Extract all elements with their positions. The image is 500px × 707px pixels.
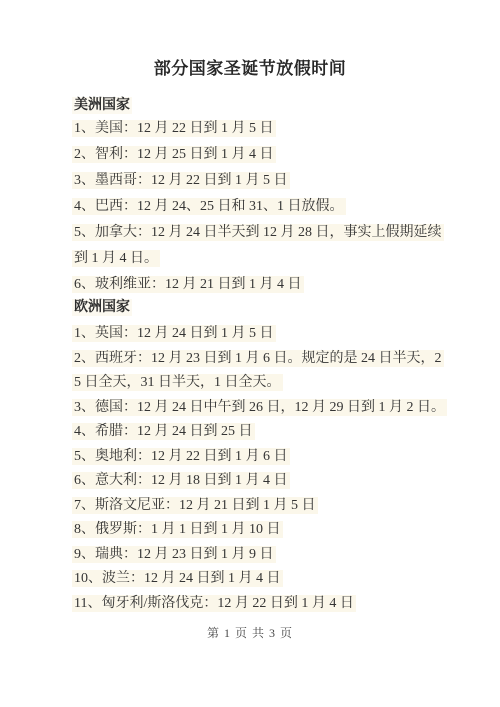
item-mexico: 3、墨西哥：12 月 22 日到 1 月 5 日 — [72, 168, 448, 194]
section-heading-europe: 欧洲国家 — [72, 298, 448, 318]
item-italy: 6、意大利：12 月 18 日到 1 月 4 日 — [72, 469, 448, 494]
section-heading-europe-text: 欧洲国家 — [72, 299, 132, 316]
document-title: 部分国家圣诞节放假时间 — [0, 57, 500, 81]
item-slovenia-text: 7、斯洛文尼亚：12 月 21 日到 1 月 5 日 — [72, 497, 318, 514]
item-sweden: 9、瑞典：12 月 23 日到 1 月 9 日 — [72, 543, 448, 568]
item-italy-text: 6、意大利：12 月 18 日到 1 月 4 日 — [72, 472, 290, 489]
section-europe: 欧洲国家 1、英国：12 月 24 日到 1 月 5 日 2、西班牙：12 月 … — [72, 298, 448, 616]
item-brazil-text: 4、巴西：12 月 24、25 日和 31、1 日放假。 — [72, 198, 346, 215]
item-spain: 2、西班牙：12 月 23 日到 1 月 6 日。规定的是 24 日半天，25 … — [72, 347, 448, 396]
item-canada: 5、加拿大：12 月 24 日半天到 12 月 28 日，事实上假期延续到 1 … — [72, 220, 448, 272]
item-mexico-text: 3、墨西哥：12 月 22 日到 1 月 5 日 — [72, 172, 290, 189]
item-usa-text: 1、美国：12 月 22 日到 1 月 5 日 — [72, 120, 276, 137]
item-canada-text: 5、加拿大：12 月 24 日半天到 12 月 28 日，事实上假期延续到 1 … — [72, 224, 444, 267]
item-russia-text: 8、俄罗斯：1 月 1 日到 1 月 10 日 — [72, 521, 283, 538]
item-brazil: 4、巴西：12 月 24、25 日和 31、1 日放假。 — [72, 194, 448, 220]
item-greece-text: 4、希腊：12 月 24 日到 25 日 — [72, 423, 255, 440]
item-austria: 5、奥地利：12 月 22 日到 1 月 6 日 — [72, 445, 448, 470]
item-hungary-slovakia: 11、匈牙利/斯洛伐克：12 月 22 日到 1 月 4 日 — [72, 592, 448, 617]
item-slovenia: 7、斯洛文尼亚：12 月 21 日到 1 月 5 日 — [72, 494, 448, 519]
item-uk-text: 1、英国：12 月 24 日到 1 月 5 日 — [72, 325, 276, 342]
item-poland-text: 10、波兰：12 月 24 日到 1 月 4 日 — [72, 570, 283, 587]
document-content: 美洲国家 1、美国：12 月 22 日到 1 月 5 日 2、智利：12 月 2… — [72, 96, 448, 616]
section-america: 美洲国家 1、美国：12 月 22 日到 1 月 5 日 2、智利：12 月 2… — [72, 96, 448, 298]
item-bolivia-text: 6、玻利维亚：12 月 21 日到 1 月 4 日 — [72, 276, 304, 293]
item-spain-text: 2、西班牙：12 月 23 日到 1 月 6 日。规定的是 24 日半天，25 … — [72, 350, 444, 392]
item-germany-text: 3、德国：12 月 24 日中午到 26 日，12 月 29 日到 1 月 2 … — [72, 399, 447, 416]
item-hungary-slovakia-text: 11、匈牙利/斯洛伐克：12 月 22 日到 1 月 4 日 — [72, 595, 356, 612]
item-usa: 1、美国：12 月 22 日到 1 月 5 日 — [72, 116, 448, 142]
section-heading-america-text: 美洲国家 — [72, 97, 132, 114]
item-greece: 4、希腊：12 月 24 日到 25 日 — [72, 420, 448, 445]
page-number-footer: 第 1 页 共 3 页 — [0, 624, 500, 642]
item-chile-text: 2、智利：12 月 25 日到 1 月 4 日 — [72, 146, 276, 163]
item-bolivia: 6、玻利维亚：12 月 21 日到 1 月 4 日 — [72, 272, 448, 298]
item-russia: 8、俄罗斯：1 月 1 日到 1 月 10 日 — [72, 518, 448, 543]
item-chile: 2、智利：12 月 25 日到 1 月 4 日 — [72, 142, 448, 168]
item-uk: 1、英国：12 月 24 日到 1 月 5 日 — [72, 322, 448, 347]
item-sweden-text: 9、瑞典：12 月 23 日到 1 月 9 日 — [72, 546, 276, 563]
document-page: 部分国家圣诞节放假时间 美洲国家 1、美国：12 月 22 日到 1 月 5 日… — [0, 0, 500, 707]
item-germany: 3、德国：12 月 24 日中午到 26 日，12 月 29 日到 1 月 2 … — [72, 396, 448, 421]
item-austria-text: 5、奥地利：12 月 22 日到 1 月 6 日 — [72, 448, 290, 465]
item-poland: 10、波兰：12 月 24 日到 1 月 4 日 — [72, 567, 448, 592]
section-heading-america: 美洲国家 — [72, 96, 448, 116]
europe-items: 1、英国：12 月 24 日到 1 月 5 日 2、西班牙：12 月 23 日到… — [72, 322, 448, 616]
america-items: 1、美国：12 月 22 日到 1 月 5 日 2、智利：12 月 25 日到 … — [72, 116, 448, 298]
